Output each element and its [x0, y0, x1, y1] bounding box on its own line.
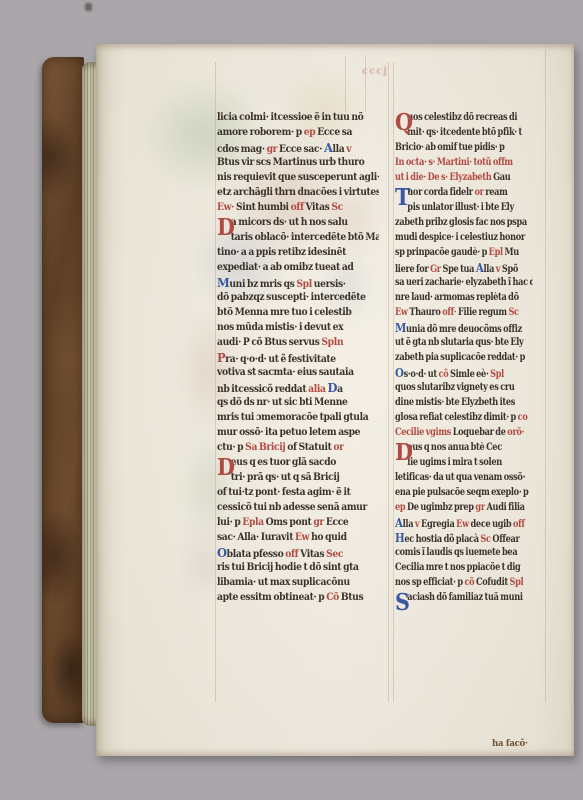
- illuminated-initial: D: [217, 456, 231, 479]
- text-ink: lie ugims i mira t solen: [407, 457, 502, 468]
- text-line: Muni bz mris qs Spl uersis·: [217, 275, 379, 290]
- text-ink: dece ugib: [471, 519, 513, 530]
- text-ink: Simle eè·: [450, 369, 490, 380]
- text-line: apte essitm obtineat· p Cõ Btus: [217, 590, 379, 605]
- text-line: ctu· p Sa Bricij of Statuit or: [217, 440, 379, 455]
- text-ink: eus q nos anua btè Cec: [407, 442, 502, 453]
- rubric-text: orõ·: [507, 427, 524, 438]
- text-ink: mris tui ɔmemoracõe tpali gtula: [217, 412, 368, 423]
- text-line: taris oblacõ· intercedẽte btõ Ma: [217, 230, 379, 245]
- folio-mark: cccj: [362, 66, 388, 77]
- text-line: Ew· Sint humbi off Vitas Sc: [217, 200, 379, 215]
- text-ink: zabeth pia suplicacõe reddat· p: [395, 352, 525, 363]
- text-ink: uos celestibz dõ recreas di: [407, 112, 517, 123]
- corner-mark: [85, 3, 92, 11]
- text-line: amore roborem· p ep Ecce sa: [217, 125, 379, 140]
- text-line: ris tui Bricij hodie t dõ sint gta: [217, 560, 379, 575]
- text-line: licia colmi· itcessioe ẽ in tuu nõ: [217, 110, 379, 125]
- text-ink: Spe tua: [442, 264, 475, 275]
- text-line: quos slutaribz vignety es cru: [395, 380, 533, 395]
- text-ink: mur ossõ· ita petuo letem aspe: [217, 427, 360, 438]
- text-ink: a micors ds· ut h nos salu: [231, 217, 348, 228]
- text-line: votiva st sacmta· eius sautaia: [217, 365, 379, 380]
- illuminated-initial: D: [217, 216, 231, 239]
- text-line: mudi despice· i celestiuz honor: [395, 230, 533, 245]
- text-ink: Sint humbi: [236, 202, 291, 213]
- text-line: dõ pabzqz suscepti· intercedẽte: [217, 290, 379, 305]
- text-ink: Ecce: [326, 517, 349, 528]
- text-ink: eus q es tuor glã sacdo: [231, 457, 336, 468]
- text-line: mris tui ɔmemoracõe tpali gtula: [217, 410, 379, 425]
- text-ink: dine mistis· bte Elyzbeth ites: [395, 397, 515, 408]
- rubric-text: Epla: [242, 517, 265, 528]
- text-ink: sp prinpacõe gaudè· p: [395, 247, 489, 258]
- text-ink: Ecce sac·: [279, 144, 324, 155]
- manuscript-page: cccj licia colmi· itcessioe ẽ in tuu nõa…: [96, 44, 574, 756]
- text-ink: dõ pabzqz suscepti· intercedẽte: [217, 292, 366, 303]
- text-line: lui· p Epla Oms pont gr Ecce: [217, 515, 379, 530]
- text-line: nis requievit que susceperunt agli·: [217, 170, 379, 185]
- rubric-text: off: [513, 519, 525, 530]
- text-ink: cessicõ tui nb adesse senã amur: [217, 502, 367, 513]
- rubric-text: off: [291, 202, 306, 213]
- rubric-text: co: [518, 412, 528, 423]
- text-line: cdos mag· gr Ecce sac· Alla v: [217, 140, 379, 155]
- text-line: audi· P cõ Btus servus Spln: [217, 335, 379, 350]
- text-ink: s·o·d· ut: [404, 369, 439, 380]
- text-ink: aciash dõ familiaz tuã muni: [407, 592, 522, 603]
- text-line: sp prinpacõe gaudè· p Epl Mu: [395, 245, 533, 260]
- text-line: ut ẽ gta nb slutaria qus· bte Ely: [395, 335, 533, 350]
- blue-initial-text: A: [324, 140, 333, 155]
- text-ink: ut ẽ gta nb slutaria qus· bte Ely: [395, 337, 523, 348]
- rubric-text: P: [217, 350, 225, 365]
- text-ink: zabeth pribz glosis fac nos pspa: [395, 217, 527, 228]
- text-line: dine mistis· bte Elyzbeth ites: [395, 395, 533, 410]
- text-line: Munia dõ mre deuocõms offiz: [395, 320, 533, 335]
- text-ink: etz archãgli thrn dnacões i virtutes·: [217, 187, 379, 198]
- rubric-text: off: [285, 549, 300, 560]
- text-ink: tri· prã qs· ut q sã Bricij: [231, 472, 340, 483]
- rubric-text: Epl: [489, 247, 505, 258]
- text-ink: uor corda fidelr: [407, 187, 474, 198]
- blue-initial-text: M: [395, 320, 406, 335]
- rubric-text: or: [333, 442, 343, 453]
- text-ink: uni bz mris qs: [229, 279, 296, 290]
- text-ink: Ecce sa: [317, 127, 352, 138]
- text-ink: glosa refiat celestibz dimit· p: [395, 412, 518, 423]
- text-line: ena pie pulsacõe seqm exeplo· p: [395, 485, 533, 500]
- text-line: mit· qs· itcedente btõ pfik· t: [395, 125, 533, 140]
- rubric-text: Sc: [331, 202, 343, 213]
- text-ink: amore roborem· p: [217, 127, 304, 138]
- text-ink: sa ueri zacharie· elyzabeth ĩ hac die: [395, 277, 533, 288]
- rubric-text: Ew: [395, 307, 409, 318]
- blue-initial-text: O: [395, 365, 404, 380]
- text-line: sac· Alla· Iuravit Ew ho quid: [217, 530, 379, 545]
- rubric-text: Ew: [456, 519, 470, 530]
- text-ink: pis unlator illust· i bte Ely: [407, 202, 514, 213]
- ruling-line: [215, 62, 216, 702]
- text-ink: De ugimbz prep: [407, 502, 475, 513]
- text-ink: votiva st sacmta· eius sautaia: [217, 367, 354, 378]
- text-ink: Oms pont: [266, 517, 314, 528]
- text-ink: ec hostia dõ placà: [404, 534, 480, 545]
- text-line: sa ueri zacharie· elyzabeth ĩ hac die: [395, 275, 533, 290]
- text-ink: Vitas: [305, 202, 331, 213]
- text-ink: qs dõ ds nr· ut sic bti Menne: [217, 397, 348, 408]
- text-ink: audi· P cõ Btus servus: [217, 337, 321, 348]
- rubric-text: Ew·: [217, 202, 236, 213]
- catchword: ha facõ·: [492, 738, 528, 749]
- text-line: zabeth pia suplicacõe reddat· p: [395, 350, 533, 365]
- text-ink: lla: [403, 519, 415, 530]
- illuminated-initial: D: [395, 441, 409, 464]
- rubric-text: ep: [304, 127, 317, 138]
- text-line: Cecilia mre t nos ppiacõe t dig: [395, 560, 533, 575]
- text-line: Oblata pfesso off Vitas Sec: [217, 545, 379, 560]
- text-ink: nos sp efficiat· p: [395, 577, 464, 588]
- rubric-text: Cecilie vgims: [395, 427, 453, 438]
- rubric-text: Sc: [508, 307, 518, 318]
- rubric-text: Sec: [326, 549, 343, 560]
- text-column-right: Quos celestibz dõ recreas dimit· qs· itc…: [395, 110, 563, 605]
- text-line: nb itcessicõ reddat alia Da: [217, 380, 379, 395]
- rubric-text: gr: [267, 144, 279, 155]
- text-ink: apte essitm obtineat· p: [217, 592, 326, 603]
- text-ink: Spõ: [502, 264, 518, 275]
- text-ink: Egregia: [421, 519, 456, 530]
- text-line: Btus vir scs Martinus urb thuro: [217, 155, 379, 170]
- text-ink: Thauro: [409, 307, 442, 318]
- text-line: libamia· ut max suplicacõnu: [217, 575, 379, 590]
- text-ink: Btus vir scs Martinus urb thuro: [217, 157, 364, 168]
- rubric-text: alia: [308, 384, 327, 395]
- text-line: tri· prã qs· ut q sã Bricij: [217, 470, 379, 485]
- text-line: aciash dõ familiaz tuã muni: [395, 590, 533, 605]
- text-ink: Mu: [505, 247, 519, 258]
- text-line: nre laud· armomas replèta dõ: [395, 290, 533, 305]
- rubric-text: ep: [395, 502, 407, 513]
- rubric-text: Sc: [480, 534, 492, 545]
- text-ink: sac· Alla· Iuravit: [217, 532, 295, 543]
- text-line: In octa· s· Martini· totũ offm: [395, 155, 533, 170]
- rubric-text: Cõ: [326, 592, 341, 603]
- text-ink: mit· qs· itcedente btõ pfik· t: [407, 127, 522, 138]
- text-line: ep De ugimbz prep gr Audi filia: [395, 500, 533, 515]
- text-line: mur ossõ· ita petuo letem aspe: [217, 425, 379, 440]
- text-ink: Audi filia: [487, 502, 525, 513]
- text-ink: Gau: [493, 172, 510, 183]
- rubric-text: or: [474, 187, 485, 198]
- text-line: expediat· a ab omibz tueat ad: [217, 260, 379, 275]
- text-line: pis unlator illust· i bte Ely: [395, 200, 533, 215]
- text-line: tino· a a ppis retibz idesinẽt: [217, 245, 379, 260]
- text-line: glosa refiat celestibz dimit· p co: [395, 410, 533, 425]
- text-ink: ho quid: [311, 532, 347, 543]
- text-ink: blata pfesso: [227, 549, 286, 560]
- text-line: a micors ds· ut h nos salu: [217, 215, 379, 230]
- text-ink: cdos mag·: [217, 144, 267, 155]
- text-ink: lla: [483, 264, 495, 275]
- rubric-text: off·: [442, 307, 458, 318]
- rubric-text: cõ: [439, 369, 451, 380]
- text-line: liere for Gr Spe tua Alla v Spõ: [395, 260, 533, 275]
- text-ink: taris oblacõ· intercedẽte btõ Ma: [231, 232, 379, 243]
- text-ink: unia dõ mre deuocõms offiz: [406, 324, 522, 335]
- text-line: nos sp efficiat· p cõ Cofudit Spl: [395, 575, 533, 590]
- text-ink: mudi despice· i celestiuz honor: [395, 232, 525, 243]
- rubric-text: ut i die· De s· Elyzabeth: [395, 172, 493, 183]
- rubric-text: Spl: [490, 369, 504, 380]
- rubric-text: Spl: [510, 577, 524, 588]
- text-ink: lla: [333, 144, 347, 155]
- blue-initial-text: D: [328, 380, 338, 395]
- blue-initial-text: H: [395, 530, 404, 545]
- illuminated-initial: S: [395, 591, 409, 614]
- text-ink: Vitas: [300, 549, 326, 560]
- text-ink: tino· a a ppis retibz idesinẽt: [217, 247, 346, 258]
- ruling-line: [345, 56, 346, 112]
- text-line: btõ Menna mre tuo i celestib: [217, 305, 379, 320]
- text-line: eus q nos anua btè Cec: [395, 440, 533, 455]
- rubric-text: Sa Bricij: [245, 442, 287, 453]
- text-ink: nis requievit que susceperunt agli·: [217, 172, 379, 183]
- text-line: Alla v Egregia Ew dece ugib off: [395, 515, 533, 530]
- text-line: uor corda fidelr or ream: [395, 185, 533, 200]
- rubric-text: Ew: [295, 532, 311, 543]
- text-line: cessicõ tui nb adesse senã amur: [217, 500, 379, 515]
- text-ink: letificas· da ut qua venam ossõ·: [395, 472, 525, 483]
- rubric-text: Spln: [321, 337, 343, 348]
- text-ink: Cofudit: [476, 577, 510, 588]
- rubric-text: In octa· s· Martini· totũ offm: [395, 157, 513, 168]
- text-line: Cecilie vgims Loquebar de orõ·: [395, 425, 533, 440]
- text-line: uos celestibz dõ recreas di: [395, 110, 533, 125]
- text-line: zabeth pribz glosis fac nos pspa: [395, 215, 533, 230]
- text-ink: nb itcessicõ reddat: [217, 384, 308, 395]
- text-ink: Cecilia mre t nos ppiacõe t dig: [395, 562, 520, 573]
- text-ink: uersis·: [314, 279, 346, 290]
- text-line: lie ugims i mira t solen: [395, 455, 533, 470]
- text-ink: ra· q·o·d· ut ẽ festivitate: [225, 354, 336, 365]
- text-ink: nre laud· armomas replèta dõ: [395, 292, 519, 303]
- text-ink: comis ĩ laudis qs iuemete bea: [395, 547, 517, 558]
- book-cover: [42, 57, 84, 723]
- text-line: etz archãgli thrn dnacões i virtutes·: [217, 185, 379, 200]
- blue-initial-text: M: [217, 275, 229, 290]
- text-ink: ctu· p: [217, 442, 245, 453]
- photo-backdrop: cccj licia colmi· itcessioe ẽ in tuu nõa…: [0, 0, 583, 800]
- text-line: qs dõ ds nr· ut sic bti Menne: [217, 395, 379, 410]
- text-ink: quos slutaribz vignety es cru: [395, 382, 514, 393]
- text-ink: licia colmi· itcessioe ẽ in tuu nõ: [217, 112, 363, 123]
- text-ink: nos mũda mistis· i devut ex: [217, 322, 343, 333]
- text-ink: Loquebar de: [453, 427, 508, 438]
- text-line: of tui·tz pont· festa agim· ẽ it: [217, 485, 379, 500]
- blue-initial-text: A: [476, 260, 484, 275]
- text-ink: Offear: [492, 534, 519, 545]
- rubric-text: Spl: [296, 279, 313, 290]
- text-ink: expediat· a ab omibz tueat ad: [217, 262, 353, 273]
- text-line: Os·o·d· ut cõ Simle eè· Spl: [395, 365, 533, 380]
- rubric-text: Gr: [430, 264, 442, 275]
- text-ink: liere for: [395, 264, 430, 275]
- ruling-line: [393, 62, 394, 702]
- text-ink: a: [337, 384, 343, 395]
- text-ink: ream: [485, 187, 507, 198]
- text-line: Ew Thauro off· Filie regum Sc: [395, 305, 533, 320]
- text-ink: ena pie pulsacõe seqm exeplo· p: [395, 487, 528, 498]
- illuminated-initial: T: [395, 186, 409, 209]
- ruling-line: [365, 56, 366, 112]
- text-line: letificas· da ut qua venam ossõ·: [395, 470, 533, 485]
- text-line: ut i die· De s· Elyzabeth Gau: [395, 170, 533, 185]
- text-ink: lui· p: [217, 517, 242, 528]
- blue-initial-text: O: [217, 545, 227, 560]
- rubric-text: cõ: [464, 577, 476, 588]
- rubric-text: gr: [313, 517, 325, 528]
- text-ink: libamia· ut max suplicacõnu: [217, 577, 350, 588]
- text-line: Hec hostia dõ placà Sc Offear: [395, 530, 533, 545]
- text-ink: Bricio· ab omif tue pidis· p: [395, 142, 504, 153]
- rubric-text: gr: [475, 502, 486, 513]
- illuminated-initial: Q: [395, 111, 409, 134]
- rubric-text: v: [346, 144, 351, 155]
- text-column-left: licia colmi· itcessioe ẽ in tuu nõamore …: [217, 110, 393, 605]
- text-ink: btõ Menna mre tuo i celestib: [217, 307, 351, 318]
- text-ink: ris tui Bricij hodie t dõ sint gta: [217, 562, 359, 573]
- text-line: nos mũda mistis· i devut ex: [217, 320, 379, 335]
- text-line: Pra· q·o·d· ut ẽ festivitate: [217, 350, 379, 365]
- text-ink: of Statuit: [287, 442, 333, 453]
- text-line: Bricio· ab omif tue pidis· p: [395, 140, 533, 155]
- text-line: comis ĩ laudis qs iuemete bea: [395, 545, 533, 560]
- text-ink: of tui·tz pont· festa agim· ẽ it: [217, 487, 350, 498]
- text-line: eus q es tuor glã sacdo: [217, 455, 379, 470]
- text-ink: Filie regum: [458, 307, 508, 318]
- text-ink: Btus: [341, 592, 363, 603]
